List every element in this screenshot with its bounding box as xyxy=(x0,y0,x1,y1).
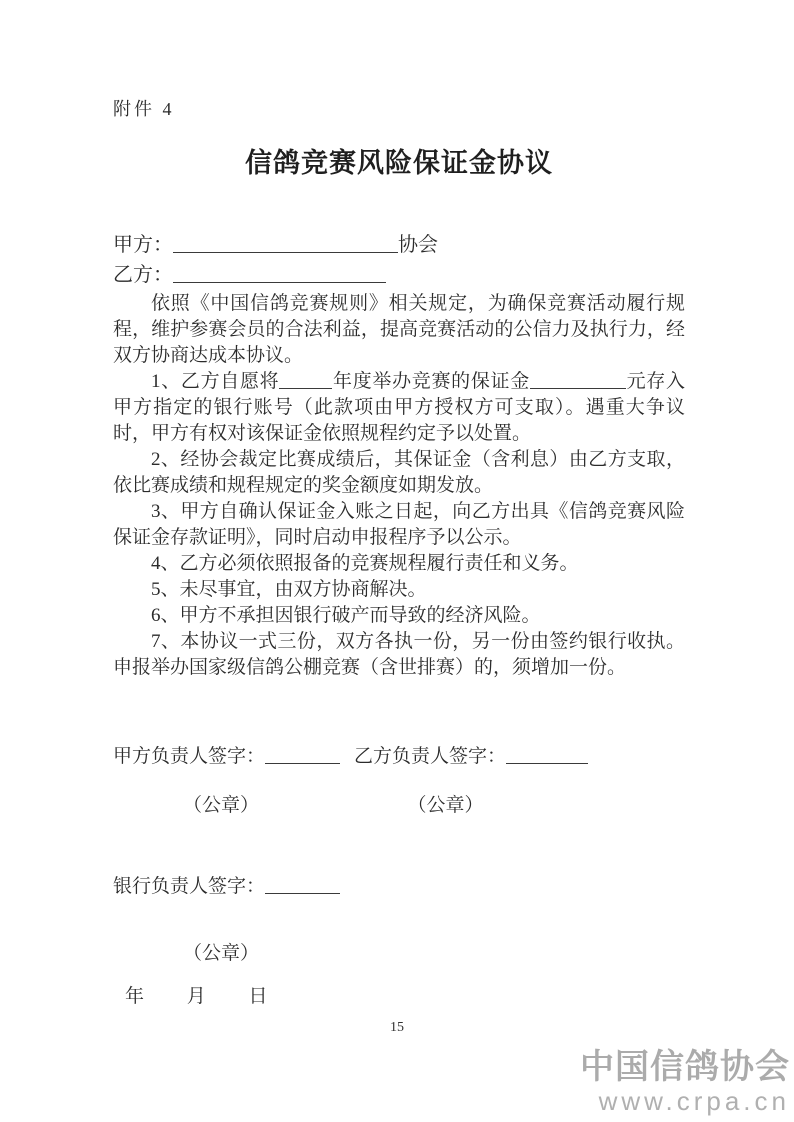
party-b-signature-label: 乙方负责人签字： xyxy=(354,746,506,767)
page-title: 信鸽竞赛风险保证金协议 xyxy=(113,141,685,180)
clause-3: 3、甲方自确认保证金入账之日起，向乙方出具《信鸽竞赛风险保证金存款证明》，同时启… xyxy=(113,499,685,551)
party-a-signature-label: 甲方负责人签字： xyxy=(113,746,265,767)
party-b-seal-label: （公章） xyxy=(417,795,484,816)
clause-1-mid: 年度举办竞赛的保证金 xyxy=(332,371,530,392)
date-month-label: 月 xyxy=(187,981,206,1008)
bank-seal-label: （公章） xyxy=(113,938,685,965)
watermark-url: www.crpa.cn xyxy=(580,1088,790,1114)
party-b-signature-blank xyxy=(506,746,588,764)
clause-1-pre: 1、乙方自愿将 xyxy=(151,371,279,392)
party-b-label: 乙方： xyxy=(113,264,173,286)
bank-signature-blank xyxy=(265,876,340,894)
party-a-suffix: 协会 xyxy=(398,234,438,256)
document-page: 附件 4 信鸽竞赛风险保证金协议 甲方：协会 乙方： 依照《中国信鸽竞赛规则》相… xyxy=(0,0,794,1122)
party-a-signature-blank xyxy=(265,746,340,764)
party-b-line: 乙方： xyxy=(113,260,685,290)
watermark: 中国信鸽协会 www.crpa.cn xyxy=(580,1050,790,1114)
watermark-org-name: 中国信鸽协会 xyxy=(580,1050,790,1084)
page-number: 15 xyxy=(0,1020,794,1036)
party-a-seal-label: （公章） xyxy=(183,795,259,816)
attachment-label: 附件 4 xyxy=(113,95,685,121)
party-a-label: 甲方： xyxy=(113,234,173,256)
clause-7: 7、本协议一式三份，双方各执一份，另一份由签约银行收执。申报举办国家级信鸽公棚竞… xyxy=(113,629,685,681)
seal-row: （公章）（公章） xyxy=(113,790,685,817)
party-b-blank xyxy=(173,265,386,283)
clause-6: 6、甲方不承担因银行破产而导致的经济风险。 xyxy=(113,603,685,629)
preamble-paragraph: 依照《中国信鸽竞赛规则》相关规定，为确保竞赛活动履行规程，维护参赛会员的合法利益… xyxy=(113,291,685,369)
party-a-line: 甲方：协会 xyxy=(113,230,685,260)
party-a-blank xyxy=(173,235,398,253)
clause-5: 5、未尽事宜，由双方协商解决。 xyxy=(113,577,685,603)
date-day-label: 日 xyxy=(249,981,268,1008)
clause-1-amount-blank xyxy=(530,371,626,389)
agreement-body: 依照《中国信鸽竞赛规则》相关规定，为确保竞赛活动履行规程，维护参赛会员的合法利益… xyxy=(113,291,685,681)
document-content: 附件 4 信鸽竞赛风险保证金协议 甲方：协会 乙方： 依照《中国信鸽竞赛规则》相… xyxy=(113,95,685,1008)
clause-1: 1、乙方自愿将年度举办竞赛的保证金元存入甲方指定的银行账号（此款项由甲方授权方可… xyxy=(113,369,685,447)
date-year-label: 年 xyxy=(125,981,144,1008)
date-row: 年 月 日 xyxy=(113,981,685,1008)
party-block: 甲方：协会 乙方： xyxy=(113,230,685,290)
principal-signature-row: 甲方负责人签字：乙方负责人签字： xyxy=(113,741,685,768)
clause-2: 2、经协会裁定比赛成绩后，其保证金（含利息）由乙方支取，依比赛成绩和规程规定的奖… xyxy=(113,447,685,499)
bank-signature-label: 银行负责人签字： xyxy=(113,876,265,897)
clause-4: 4、乙方必须依照报备的竞赛规程履行责任和义务。 xyxy=(113,551,685,577)
bank-signature-row: 银行负责人签字： xyxy=(113,871,685,898)
clause-1-year-blank xyxy=(279,371,332,389)
